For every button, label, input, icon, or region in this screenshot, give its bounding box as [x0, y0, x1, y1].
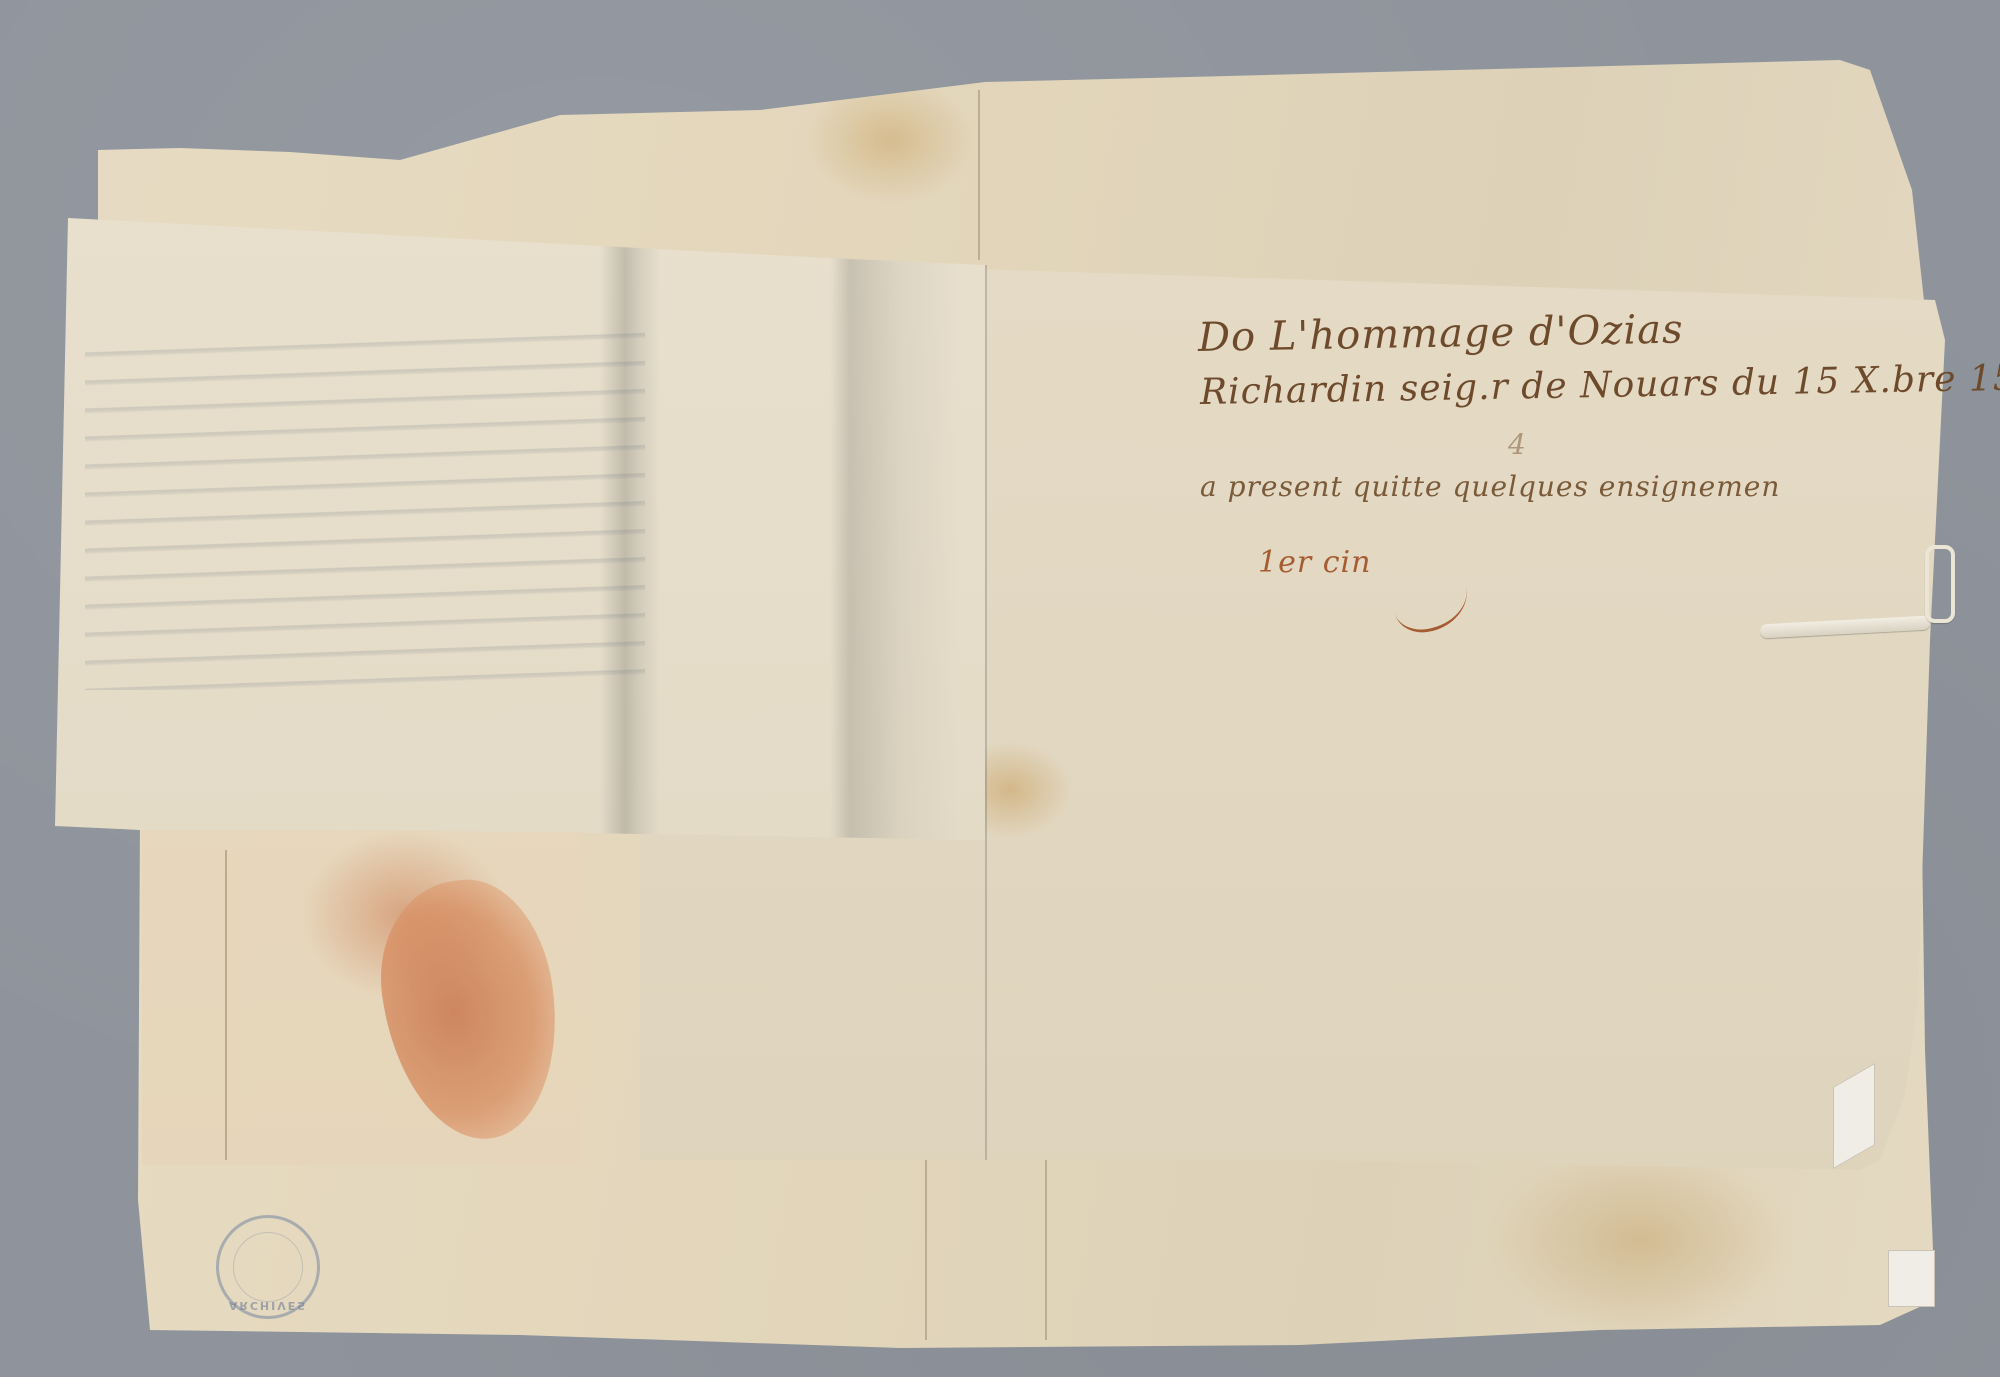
fold-crease — [978, 90, 980, 260]
fold-crease — [985, 265, 987, 1160]
string-knot — [1925, 545, 1955, 623]
annotation-number: 4 — [1508, 428, 1527, 461]
endorsement-line-3: a present quitte quelques ensignemen — [1200, 470, 1780, 503]
faded-text-lines — [85, 330, 645, 690]
endorsement-line-1: Do L'hommage d'Ozias — [1198, 307, 1684, 361]
stamp-inner-ring — [233, 1232, 303, 1302]
corner-fold — [1888, 1250, 1935, 1307]
endorsement-line-4: 1er cin — [1258, 545, 1371, 580]
fold-crease — [1045, 1160, 1047, 1340]
fold-crease — [925, 1160, 927, 1340]
archive-stamp: ARCHIVES — [216, 1215, 320, 1319]
flap-fold-line — [225, 850, 227, 1160]
